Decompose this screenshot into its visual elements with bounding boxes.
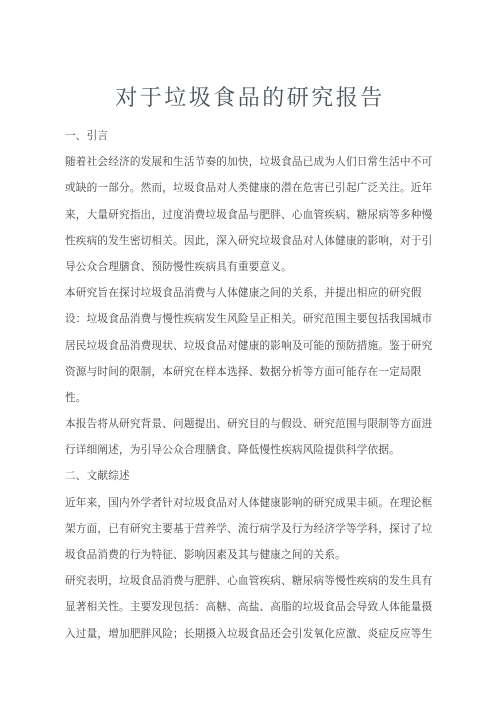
text-line: 资源与时间的限制，本研究在样本选择、数据分析等方面可能存在一定局限	[65, 359, 437, 385]
text-line: 一、引言	[65, 123, 437, 149]
document-page: 对于垃圾食品的研究报告 一、引言随着社会经济的发展和生活节奏的加快，垃圾食品已成…	[0, 0, 500, 707]
paragraph: 近年来，国内外学者针对垃圾食品对人体健康影响的研究成果丰硕。在理论框架方面，已有…	[65, 490, 437, 569]
paragraph: 随着社会经济的发展和生活节奏的加快，垃圾食品已成为人们日常生活中不可或缺的一部分…	[65, 149, 437, 280]
text-line: 行详细阐述，为引导公众合理膳食、降低慢性疾病风险提供科学依据。	[65, 437, 437, 463]
text-line: 来，大量研究指出，过度消费垃圾食品与肥胖、心血管疾病、糖尿病等多种慢	[65, 202, 437, 228]
text-line: 设：垃圾食品消费与慢性疾病发生风险呈正相关。研究范围主要包括我国城市	[65, 306, 437, 332]
section-heading: 一、引言	[65, 123, 437, 149]
text-line: 圾食品消费的行为特征、影响因素及其与健康之间的关系。	[65, 542, 437, 568]
paragraph: 研究表明，垃圾食品消费与肥胖、心血管疾病、糖尿病等慢性疾病的发生具有显著相关性。…	[65, 568, 437, 647]
text-line: 性疾病的发生密切相关。因此，深入研究垃圾食品对人体健康的影响，对于引	[65, 228, 437, 254]
text-line: 随着社会经济的发展和生活节奏的加快，垃圾食品已成为人们日常生活中不可	[65, 149, 437, 175]
document-title: 对于垃圾食品的研究报告	[0, 83, 500, 113]
text-line: 研究表明，垃圾食品消费与肥胖、心血管疾病、糖尿病等慢性疾病的发生具有	[65, 568, 437, 594]
section-heading: 二、文献综述	[65, 463, 437, 489]
text-line: 本报告将从研究背景、问题提出、研究目的与假设、研究范围与限制等方面进	[65, 411, 437, 437]
text-line: 本研究旨在探讨垃圾食品消费与人体健康之间的关系，并提出相应的研究假	[65, 280, 437, 306]
paragraph: 本研究旨在探讨垃圾食品消费与人体健康之间的关系，并提出相应的研究假设：垃圾食品消…	[65, 280, 437, 411]
text-line: 显著相关性。主要发现包括：高糖、高盐、高脂的垃圾食品会导致人体能量摄	[65, 594, 437, 620]
text-line: 二、文献综述	[65, 463, 437, 489]
text-line: 或缺的一部分。然而，垃圾食品对人类健康的潜在危害已引起广泛关注。近年	[65, 175, 437, 201]
text-line: 入过量，增加肥胖风险；长期摄入垃圾食品还会引发氧化应激、炎症反应等生	[65, 621, 437, 647]
text-line: 近年来，国内外学者针对垃圾食品对人体健康影响的研究成果丰硕。在理论框	[65, 490, 437, 516]
text-line: 导公众合理膳食、预防慢性疾病具有重要意义。	[65, 254, 437, 280]
paragraph: 本报告将从研究背景、问题提出、研究目的与假设、研究范围与限制等方面进行详细阐述，…	[65, 411, 437, 463]
document-body: 一、引言随着社会经济的发展和生活节奏的加快，垃圾食品已成为人们日常生活中不可或缺…	[65, 123, 437, 647]
text-line: 架方面，已有研究主要基于营养学、流行病学及行为经济学等学科，探讨了垃	[65, 516, 437, 542]
text-line: 性。	[65, 385, 437, 411]
text-line: 居民垃圾食品消费现状、垃圾食品对健康的影响及可能的预防措施。鉴于研究	[65, 333, 437, 359]
